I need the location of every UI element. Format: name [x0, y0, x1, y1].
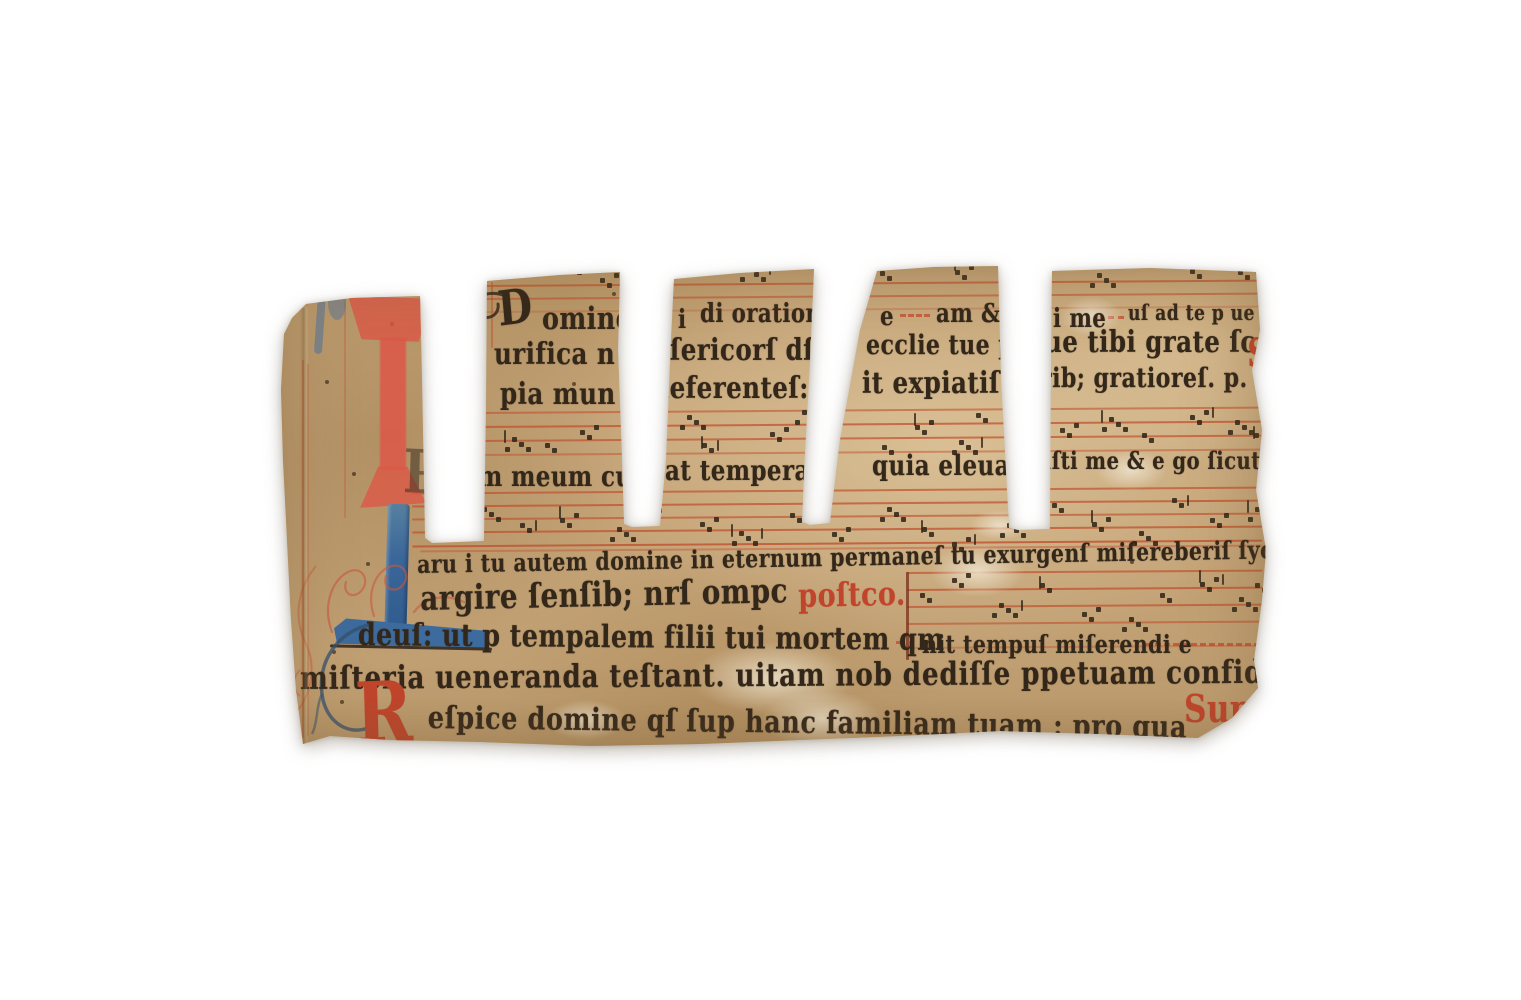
neume-note [489, 512, 494, 517]
rubric-postcommunio: poſtco. [798, 577, 906, 612]
neume-note [747, 267, 752, 272]
neume-note [740, 277, 745, 282]
neume-note [929, 532, 934, 537]
neume-note [519, 442, 524, 447]
staff-line [459, 421, 1261, 429]
neume-note [992, 613, 997, 618]
neume-note [770, 432, 775, 437]
neume-note [1255, 583, 1260, 588]
neume-note [1052, 503, 1057, 508]
edge-stain [270, 698, 1270, 760]
neume-stem [1212, 407, 1214, 418]
neume-note [959, 583, 964, 588]
neume-note [577, 270, 582, 275]
neume-note [1006, 608, 1011, 613]
word: pia mun [500, 380, 616, 410]
neume-note [955, 270, 960, 275]
neume-stem [1253, 426, 1255, 439]
neume-note [1067, 433, 1072, 438]
neume-note [1217, 523, 1222, 528]
neume-note [1255, 507, 1260, 512]
neume-note [610, 537, 615, 542]
neume-note [1149, 438, 1154, 443]
neume-note [1047, 588, 1052, 593]
word: e [880, 304, 894, 330]
neume-stem [1260, 262, 1262, 273]
neume-note [567, 523, 572, 528]
neume-stem [1247, 500, 1249, 513]
neume-note [952, 578, 957, 583]
red-letter-fragment: S [1247, 334, 1271, 374]
red-ruling [344, 300, 346, 518]
neume-note [545, 443, 550, 448]
neume-note [832, 532, 837, 537]
neume-note [1269, 517, 1274, 522]
neume-note [1099, 527, 1104, 532]
neume-note [1246, 602, 1251, 607]
neume-note [1238, 270, 1243, 275]
neume-note [617, 527, 622, 532]
neume-stem [569, 258, 571, 271]
neume-note [1252, 265, 1257, 270]
neume-note [809, 415, 814, 420]
neume-note [966, 573, 971, 578]
neume-stem [731, 524, 733, 537]
neume-stem [504, 430, 506, 443]
neume-note [707, 527, 712, 532]
neume-note [1210, 518, 1215, 523]
neume-stem [921, 520, 923, 533]
neume-note [983, 418, 988, 423]
neume-note [880, 517, 885, 522]
neume-note [1190, 415, 1195, 420]
neume-note [839, 537, 844, 542]
neume-note [1204, 410, 1209, 415]
word: uſ ad te p ue [1128, 302, 1255, 323]
neume-note [714, 517, 719, 522]
neume-note [1207, 587, 1212, 592]
neume-stem [1199, 570, 1201, 583]
neume-stem [981, 437, 983, 448]
neume-note [1261, 438, 1266, 443]
neume-note [976, 413, 981, 418]
neume-note [1179, 503, 1184, 508]
neume-note [1082, 612, 1087, 617]
neume-note [552, 448, 557, 453]
neume-note [1190, 269, 1195, 274]
neume-stem [1101, 410, 1103, 423]
word: quia eleuar [872, 452, 1022, 480]
neume-note [1000, 533, 1005, 538]
neume-note [761, 277, 766, 282]
neume-note [754, 272, 759, 277]
staff-line [412, 500, 1262, 508]
neume-note [1090, 283, 1095, 288]
neume-stem [761, 528, 763, 539]
neume-note [1021, 533, 1026, 538]
neume-note [526, 447, 531, 452]
neume-note [1109, 417, 1114, 422]
neume-note [880, 271, 885, 276]
neume-note [1136, 622, 1141, 627]
faded-letter-P: P [402, 442, 441, 504]
neume-note [959, 440, 964, 445]
fragment-shadow: Domineidi orationeam & ei meuſ ad te p u… [270, 260, 1270, 760]
neume-note [1262, 588, 1267, 593]
neume-stem [769, 264, 771, 275]
red-line-filler [900, 314, 930, 317]
neume-note [505, 447, 510, 452]
neume-note [969, 265, 974, 270]
neume-note [797, 518, 802, 523]
neume-note [496, 517, 501, 522]
neume-note [1089, 617, 1094, 622]
neume-note [1214, 577, 1219, 582]
neume-note [887, 507, 892, 512]
neume-note [922, 527, 927, 532]
neume-note [570, 265, 575, 270]
word: m meum cui [478, 463, 642, 491]
neume-note [560, 518, 565, 523]
staff-line [907, 621, 1263, 625]
neume-note [784, 427, 789, 432]
neume-note [1160, 593, 1165, 598]
word: iſericorſ dſ [660, 336, 814, 366]
neume-note [1104, 278, 1109, 283]
neume-note [894, 512, 899, 517]
word: eat tempera [650, 457, 810, 485]
neume-note [790, 513, 795, 518]
neume-note [1253, 607, 1258, 612]
neume-note [1197, 274, 1202, 279]
prayer-line: deuſ: ut p tempalem filii tui mortem qm [358, 620, 945, 656]
neume-note [1092, 522, 1097, 527]
prayer-line: miſteria ueneranda teſtant. uitam nob de… [300, 655, 1330, 694]
word: am & e [936, 301, 1022, 327]
neume-note [922, 430, 927, 435]
neume-stem [559, 506, 561, 519]
word: omine [542, 304, 632, 335]
neume-note [594, 425, 599, 430]
neume-note [527, 528, 532, 533]
neume-note [600, 278, 605, 283]
word: deferenteſ: [652, 374, 809, 404]
neume-note [901, 517, 906, 522]
neume-note [1242, 425, 1247, 430]
neume-note [1224, 513, 1229, 518]
neume-note [687, 415, 692, 420]
neume-stem [717, 440, 719, 451]
neume-note [449, 517, 454, 522]
neume-note [1123, 427, 1128, 432]
neume-note [614, 273, 619, 278]
neume-note [1102, 427, 1107, 432]
neume-note [694, 420, 699, 425]
prayer-line: argire ſenſib; nrſ ompc [420, 574, 788, 616]
neume-note [580, 430, 585, 435]
word: it expiatiſ [862, 369, 1000, 399]
neume-note [1254, 433, 1259, 438]
neume-note [607, 283, 612, 288]
neume-note [739, 531, 744, 536]
neume-stem [1187, 495, 1189, 506]
neume-note [920, 593, 925, 598]
neume-note [746, 536, 751, 541]
neume-stem [914, 413, 916, 426]
neume-note [1245, 275, 1250, 280]
neume-note [520, 523, 525, 528]
parchment-fragment: Domineidi orationeam & ei meuſ ad te p u… [270, 260, 1270, 760]
neume-note [701, 425, 706, 430]
blue-pen-blob [328, 286, 346, 320]
neume-note [962, 275, 967, 280]
neume-note [1172, 498, 1177, 503]
neume-note [1106, 517, 1111, 522]
neume-stem [1021, 600, 1023, 611]
neume-note [587, 435, 592, 440]
neume-stem [1039, 576, 1041, 589]
staff-line [412, 513, 1262, 521]
neume-note [657, 508, 662, 513]
word: ue tibi grate ſc [1044, 328, 1256, 358]
neume-note [650, 503, 655, 508]
neume-note [816, 420, 821, 425]
speck [352, 472, 356, 476]
neume-stem [954, 258, 956, 271]
page-background: Domineidi orationeam & ei meuſ ad te p u… [0, 0, 1521, 1000]
neume-note [1239, 597, 1244, 602]
neume-note [702, 443, 707, 448]
neume-note [1111, 283, 1116, 288]
neume-stem [535, 520, 537, 531]
neume-stem [1222, 574, 1224, 585]
neume-note [482, 507, 487, 512]
neume-note [1014, 528, 1019, 533]
neume-note [1235, 420, 1240, 425]
neume-note [802, 410, 807, 415]
neume-note [1060, 428, 1065, 433]
staff-line [907, 604, 1263, 608]
neume-note [475, 517, 480, 522]
neume-note [442, 527, 447, 532]
neume-note [1248, 517, 1253, 522]
neume-note [1167, 598, 1172, 603]
neume-note [435, 522, 440, 527]
neume-note [777, 437, 782, 442]
word: rib; gratioreſ. p. [1040, 365, 1248, 392]
neume-note [1097, 273, 1102, 278]
neume-note [624, 532, 629, 537]
neume-note [887, 276, 892, 281]
neume-note [1142, 433, 1147, 438]
word: ecclie tue p [866, 332, 1014, 359]
neume-note [1096, 607, 1101, 612]
word: i [678, 307, 687, 333]
neume-note [1228, 430, 1233, 435]
neume-note [1116, 422, 1121, 427]
neume-stem [1091, 510, 1093, 523]
word: urifica n [494, 340, 615, 370]
neume-note [1232, 607, 1237, 612]
staff-line [412, 526, 1262, 534]
neume-note [1197, 420, 1202, 425]
speck [325, 380, 329, 384]
neume-note [680, 425, 685, 430]
neume-note [631, 537, 636, 542]
fold-crease [300, 308, 309, 746]
neume-stem [701, 436, 703, 449]
neume-note [700, 522, 705, 527]
neume-note [999, 603, 1004, 608]
neume-note [846, 527, 851, 532]
speck [612, 292, 616, 296]
neume-note [574, 513, 579, 518]
neume-note [1007, 523, 1012, 528]
neume-note [1074, 423, 1079, 428]
neume-note [1059, 508, 1064, 513]
neume-note [709, 448, 714, 453]
neume-note [927, 598, 932, 603]
neume-note [1262, 512, 1267, 517]
neume-note [1139, 531, 1144, 536]
initial-D: D [496, 282, 534, 334]
word: liſti me & e go ſicut [1036, 449, 1261, 473]
neume-note [1013, 613, 1018, 618]
neume-note [929, 420, 934, 425]
word: di oration [700, 301, 821, 327]
neume-note [1200, 582, 1205, 587]
neume-note [915, 425, 920, 430]
neume-note [795, 420, 800, 425]
neume-note [1129, 617, 1134, 622]
staff-line [486, 293, 1259, 300]
neume-note [512, 437, 517, 442]
neume-note [1040, 583, 1045, 588]
